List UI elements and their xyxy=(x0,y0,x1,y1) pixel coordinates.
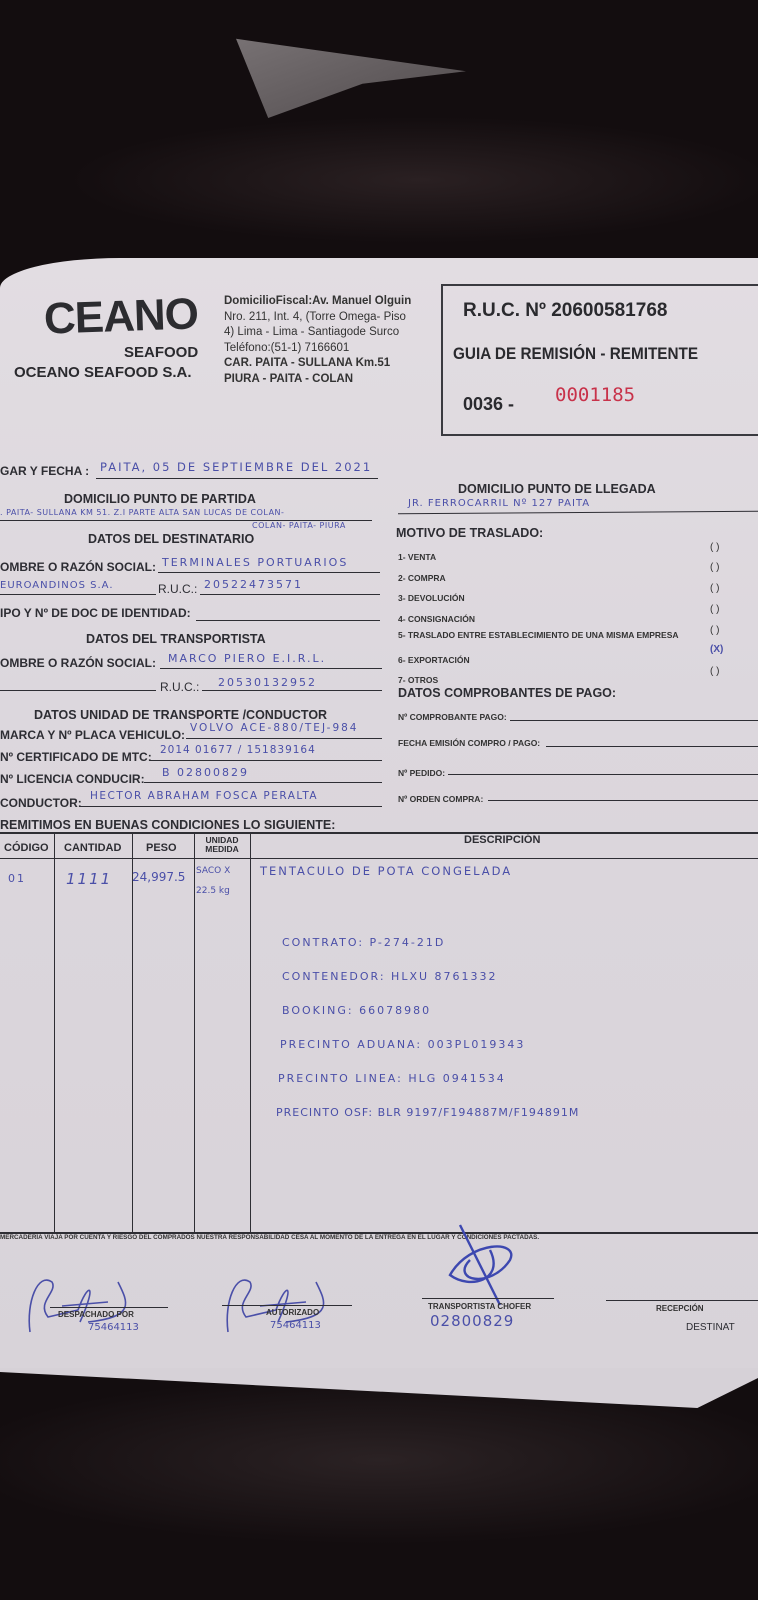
signature-transportista xyxy=(430,1220,540,1310)
ruc-number: R.U.C. Nº 20600581768 xyxy=(463,300,667,322)
document-title: GUIA DE REMISIÓN - REMITENTE xyxy=(453,344,698,364)
header-cantidad: CANTIDAD xyxy=(64,842,121,854)
row-codigo: 01 xyxy=(8,872,26,885)
transportista-title: DATOS DEL TRANSPORTISTA xyxy=(86,632,266,646)
series-number: 0036 - xyxy=(463,394,514,415)
detail-booking: BOOKING: 66078980 xyxy=(282,1004,431,1017)
llegada-title: DOMICILIO PUNTO DE LLEGADA xyxy=(458,482,656,496)
motivo-item-otros: 7- OTROS xyxy=(398,675,438,685)
partida-title: DOMICILIO PUNTO DE PARTIDA xyxy=(64,492,256,506)
trans-ruc-label: R.U.C.: xyxy=(160,680,199,694)
partida-value: . PAITA- SULLANA KM 51. Z.I PARTE ALTA S… xyxy=(0,508,284,517)
document-number: 0001185 xyxy=(555,384,635,406)
motivo-item-traslado: 5- TRASLADO ENTRE ESTABLECIMIENTO DE UNA… xyxy=(398,630,679,640)
dest-nombre-value-2: EUROANDINOS S.A. xyxy=(0,580,114,591)
row-descripcion: TENTACULO DE POTA CONGELADA xyxy=(260,864,512,878)
licencia-value: B 02800829 xyxy=(162,766,249,779)
pago-title: DATOS COMPROBANTES DE PAGO: xyxy=(398,686,616,700)
motivo-item-compra: 2- COMPRA xyxy=(398,573,446,583)
motivo-check-devolucion: ( ) xyxy=(710,583,719,594)
trans-ruc-value: 20530132952 xyxy=(218,676,317,689)
conductor-value: HECTOR ABRAHAM FOSCA PERALTA xyxy=(90,790,318,802)
lugar-fecha-label: GAR Y FECHA : xyxy=(0,464,89,478)
motivo-item-devolucion: 3- DEVOLUCIÓN xyxy=(398,593,465,603)
dest-nombre-value: TERMINALES PORTUARIOS xyxy=(162,556,348,569)
detail-precinto-osf: PRECINTO OSF: BLR 9197/F194887M/F194891M xyxy=(276,1106,579,1119)
row-unidad-2: 22.5 kg xyxy=(196,886,230,896)
dest-nombre-label: OMBRE O RAZÓN SOCIAL: xyxy=(0,560,156,574)
company-logo-sub: SEAFOOD xyxy=(124,344,198,361)
lugar-fecha-value: PAITA, 05 DE SEPTIEMBRE DEL 2021 xyxy=(100,460,372,474)
mtc-label: Nº CERTIFICADO DE MTC: xyxy=(0,750,152,764)
document-sheet: CEANO SEAFOOD OCEANO SEAFOOD S.A. Domici… xyxy=(0,258,758,1368)
motivo-check-traslado: ( ) xyxy=(710,625,719,636)
motivo-item-consignacion: 4- CONSIGNACIÓN xyxy=(398,614,475,624)
motivo-item-exportacion: 6- EXPORTACIÓN xyxy=(398,655,470,665)
row-unidad-1: SACO X xyxy=(196,866,230,876)
dest-ruc-value: 20522473571 xyxy=(204,578,303,591)
header-peso: PESO xyxy=(146,842,177,854)
sig-value-despachado: 75464113 xyxy=(88,1322,139,1333)
pedido-label: Nº PEDIDO: xyxy=(398,768,445,778)
motivo-check-compra: ( ) xyxy=(710,562,719,573)
detail-precinto-aduana: PRECINTO ADUANA: 003PL019343 xyxy=(280,1038,525,1051)
placa-label: MARCA Y Nº PLACA VEHICULO: xyxy=(0,728,185,742)
header-unidad: UNIDAD MEDIDA xyxy=(196,836,248,854)
mtc-value: 2014 01677 / 151839164 xyxy=(160,744,316,756)
destinatario-label: DESTINAT xyxy=(686,1322,735,1333)
licencia-label: Nº LICENCIA CONDUCIR: xyxy=(0,772,145,786)
sig-label-despachado: DESPACHADO POR xyxy=(58,1310,134,1319)
fecha-emision-label: FECHA EMISIÓN COMPRO / PAGO: xyxy=(398,738,540,748)
header-descripcion: DESCRIPCIÓN xyxy=(464,834,540,846)
motivo-check-consignacion: ( ) xyxy=(710,604,719,615)
trans-nombre-value: MARCO PIERO E.I.R.L. xyxy=(168,652,326,665)
motivo-check-otros: ( ) xyxy=(710,666,719,677)
remitimos-intro: REMITIMOS EN BUENAS CONDICIONES LO SIGUI… xyxy=(0,818,335,832)
orden-compra-label: Nº ORDEN COMPRA: xyxy=(398,794,483,804)
detail-precinto-linea: PRECINTO LINEA: HLG 0941534 xyxy=(278,1072,506,1085)
destinatario-title: DATOS DEL DESTINATARIO xyxy=(88,532,254,546)
header-codigo: CÓDIGO xyxy=(4,842,49,854)
company-address: DomicilioFiscal:Av. Manuel Olguin Nro. 2… xyxy=(224,294,411,387)
row-peso: 24,997.5 xyxy=(132,870,185,884)
trans-nombre-label: OMBRE O RAZÓN SOCIAL: xyxy=(0,656,156,670)
sig-label-autorizado: AUTORIZADO xyxy=(266,1308,319,1317)
placa-value: VOLVO ACE-880/TEJ-984 xyxy=(190,722,359,734)
comprobante-label: Nº COMPROBANTE PAGO: xyxy=(398,712,507,722)
motivo-check-exportacion: (X) xyxy=(710,644,723,655)
motivo-item-venta: 1- VENTA xyxy=(398,552,436,562)
motivo-title: MOTIVO DE TRASLADO: xyxy=(396,526,543,540)
detail-contenedor: CONTENEDOR: HLXU 8761332 xyxy=(282,970,498,983)
sig-value-transportista: 02800829 xyxy=(430,1312,514,1330)
sig-label-recepcion: RECEPCIÓN xyxy=(656,1304,704,1313)
llegada-value: JR. FERROCARRIL Nº 127 PAITA xyxy=(408,498,590,509)
unidad-title: DATOS UNIDAD DE TRANSPORTE /CONDUCTOR xyxy=(34,708,327,722)
dest-ruc-label: R.U.C.: xyxy=(158,582,197,596)
company-logo: CEANO xyxy=(43,289,199,344)
ruc-box: R.U.C. Nº 20600581768 GUIA DE REMISIÓN -… xyxy=(441,284,758,436)
detail-contrato: CONTRATO: P-274-21D xyxy=(282,936,445,949)
row-cantidad: 1111 xyxy=(66,870,112,888)
sig-label-transportista: TRANSPORTISTA CHOFER xyxy=(428,1302,531,1311)
motivo-check-venta: ( ) xyxy=(710,542,719,553)
partida-value-2: COLAN- PAITA- PIURA xyxy=(252,521,346,530)
conductor-label: CONDUCTOR: xyxy=(0,796,82,810)
doc-identidad-label: IPO Y Nº DE DOC DE IDENTIDAD: xyxy=(0,606,191,620)
sig-value-autorizado: 75464113 xyxy=(270,1320,321,1331)
company-name: OCEANO SEAFOOD S.A. xyxy=(14,364,192,381)
